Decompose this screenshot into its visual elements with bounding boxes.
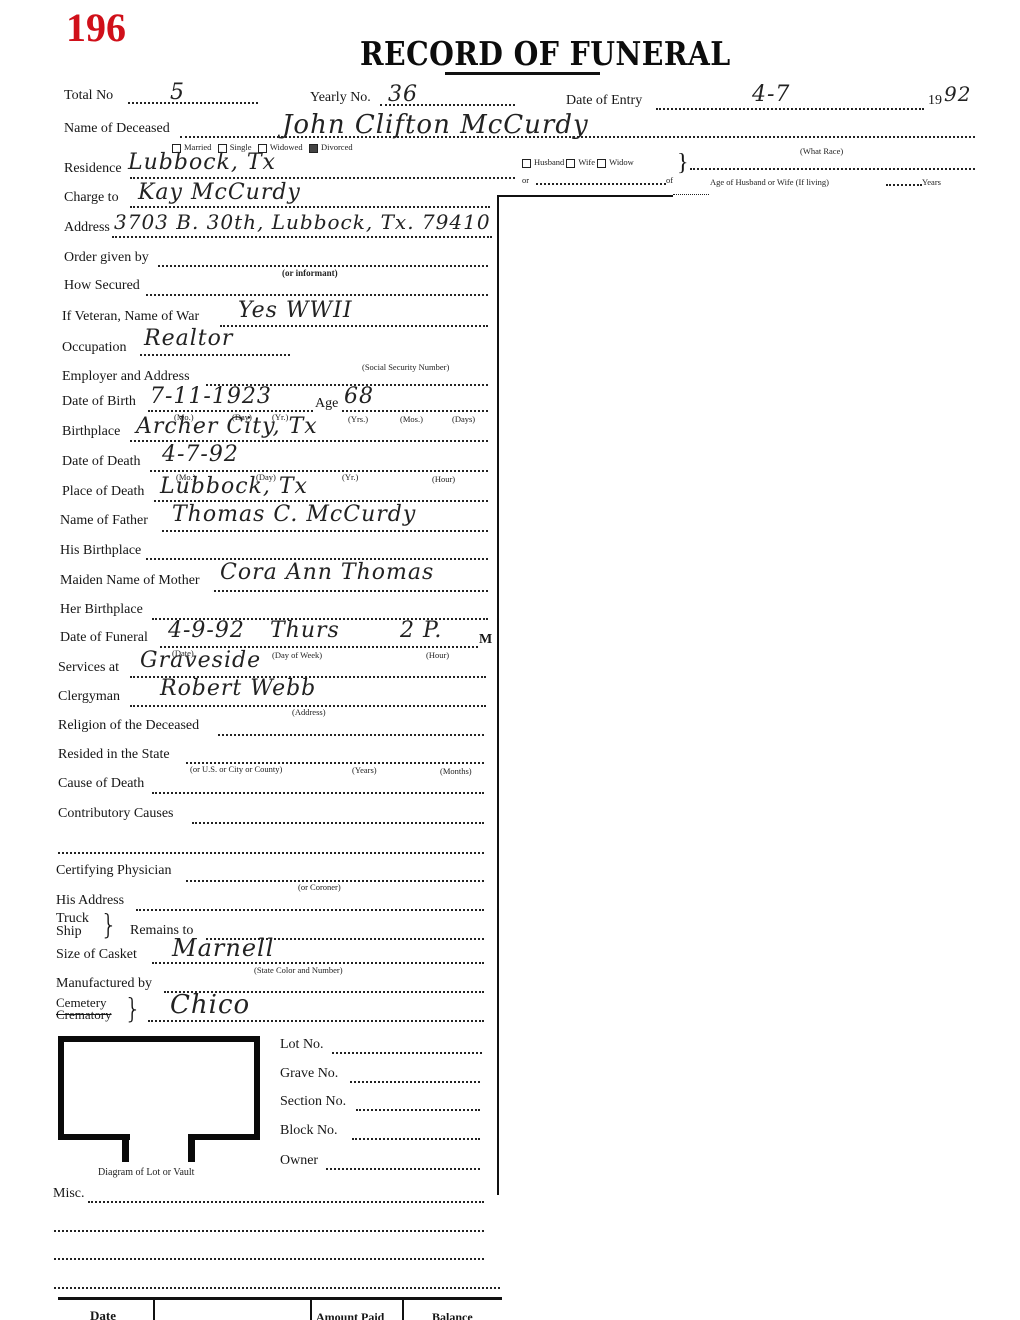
how-secured-label: How Secured: [64, 278, 140, 294]
his-address-label: His Address: [56, 893, 124, 909]
account-box-top-dash: [673, 194, 709, 195]
diagram-bottom-right-wall: [188, 1134, 260, 1140]
age-sub-months: (Mos.): [400, 414, 423, 424]
misc-label: Misc.: [53, 1186, 85, 1202]
employer-label: Employer and Address: [62, 369, 190, 385]
contributory-causes-label: Contributory Causes: [58, 806, 174, 822]
clergyman-address-note: (Address): [292, 707, 326, 717]
casket-note: (State Color and Number): [254, 965, 343, 975]
resided-sub-place: (or U.S. or City or County): [190, 764, 282, 774]
dod-sub-hour: (Hour): [432, 474, 455, 484]
diagram-left-leg: [122, 1134, 129, 1162]
dod-sub-year: (Yr.): [342, 472, 358, 482]
entry-year-prefix: 19: [928, 93, 942, 109]
services-at-label: Services at: [58, 660, 119, 676]
father-line: [162, 530, 488, 532]
date-of-death-value: 4-7-92: [162, 442, 239, 467]
residence-label: Residence: [64, 161, 122, 177]
cemetery-value: Chico: [170, 990, 250, 1020]
name-of-deceased-value: John Clifton McCurdy: [282, 110, 589, 140]
misc-line-2: [54, 1230, 484, 1232]
total-no-label: Total No: [64, 88, 113, 104]
truck-ship-brace: }: [100, 908, 118, 941]
ssn-note: (Social Security Number): [362, 362, 449, 372]
footer-divider-1: [153, 1299, 155, 1320]
birthplace-label: Birthplace: [62, 424, 120, 440]
page-number: 196: [66, 4, 126, 51]
entry-year-value: 92: [944, 82, 971, 106]
clergyman-value: Robert Webb: [160, 676, 316, 701]
diagram-left-wall: [58, 1036, 64, 1140]
place-of-death-label: Place of Death: [62, 484, 144, 500]
funeral-meridiem-suffix: M: [479, 632, 492, 648]
address-value: 3703 B. 30th, Lubbock, Tx. 79410: [114, 210, 491, 234]
charge-to-label: Charge to: [64, 190, 119, 206]
date-of-entry-label: Date of Entry: [566, 93, 642, 109]
address-line: [112, 236, 492, 238]
footer-amount-paid-header: Amount Paid: [316, 1310, 384, 1320]
funeral-sub-day-of-week: (Day of Week): [272, 650, 322, 660]
funeral-day-value: Thurs: [270, 618, 340, 643]
yearly-no-value: 36: [388, 82, 418, 107]
age-of-spouse-line: [886, 184, 922, 186]
truck-ship-label: Truck Ship: [56, 912, 89, 938]
contributory-causes-line: [192, 822, 484, 824]
resided-label: Resided in the State: [58, 747, 170, 763]
date-of-entry-line: [656, 108, 924, 110]
name-of-deceased-label: Name of Deceased: [64, 121, 170, 137]
religion-line: [218, 734, 484, 736]
date-of-death-label: Date of Death: [62, 454, 141, 470]
race-line: [690, 168, 975, 170]
occupation-label: Occupation: [62, 340, 127, 356]
order-given-by-line: [158, 265, 488, 267]
what-race-label: (What Race): [800, 146, 843, 156]
lot-no-line: [332, 1052, 482, 1054]
page-title: RECORD OF FUNERAL: [360, 34, 731, 73]
spouse-of-line: [536, 183, 666, 185]
section-no-label: Section No.: [280, 1094, 346, 1110]
owner-label: Owner: [280, 1153, 318, 1169]
residence-line: [130, 177, 515, 179]
birthplace-value: Archer City, Tx: [136, 414, 318, 439]
diagram-right-wall: [254, 1036, 260, 1140]
charge-to-value: Kay McCurdy: [138, 180, 301, 205]
cemetery-line: [148, 1020, 484, 1022]
footer-date-header: Date: [90, 1308, 116, 1320]
title-underline: [445, 72, 600, 75]
veteran-value: Yes WWII: [238, 298, 353, 323]
total-no-value: 5: [170, 80, 185, 105]
years-label: Years: [922, 177, 941, 187]
block-no-line: [352, 1138, 480, 1140]
misc-line-4: [54, 1287, 500, 1289]
diagram-caption: Diagram of Lot or Vault: [98, 1167, 194, 1178]
address-label: Address: [64, 220, 110, 236]
funeral-date-value: 4-9-92: [168, 618, 245, 643]
services-at-value: Graveside: [140, 648, 261, 673]
veteran-line: [220, 325, 488, 327]
age-label: Age: [315, 396, 338, 412]
mother-value: Cora Ann Thomas: [220, 560, 434, 585]
age-value: 68: [344, 384, 374, 409]
misc-line-3: [54, 1258, 484, 1260]
veteran-label: If Veteran, Name of War: [62, 309, 199, 325]
coroner-note: (or Coroner): [298, 882, 341, 892]
date-of-birth-label: Date of Birth: [62, 394, 136, 410]
order-given-by-label: Order given by: [64, 250, 149, 266]
spouse-or-label: or: [522, 175, 529, 185]
age-line: [342, 410, 488, 412]
cemetery-crematory-label: Cemetery Crematory: [56, 997, 112, 1021]
how-secured-line: [146, 294, 488, 296]
yearly-no-label: Yearly No.: [310, 90, 371, 106]
section-no-line: [356, 1109, 480, 1111]
cause-of-death-line: [152, 792, 484, 794]
place-of-death-value: Lubbock, Tx: [160, 474, 308, 499]
funeral-sub-hour: (Hour): [426, 650, 449, 660]
mother-line: [214, 590, 488, 592]
lot-no-label: Lot No.: [280, 1037, 324, 1053]
manufactured-by-label: Manufactured by: [56, 976, 152, 992]
cause-of-death-label: Cause of Death: [58, 776, 144, 792]
occupation-line: [140, 354, 290, 356]
spouse-of-label: of: [666, 175, 673, 185]
footer-balance-header: Balance: [432, 1310, 473, 1320]
age-of-spouse-label: Age of Husband or Wife (If living): [710, 177, 829, 187]
certifying-physician-label: Certifying Physician: [56, 863, 172, 879]
checkbox-wife[interactable]: [566, 159, 575, 168]
occupation-value: Realtor: [144, 326, 233, 351]
footer-divider-2: [310, 1299, 312, 1320]
account-box-left-border: [497, 195, 499, 1195]
spouse-brace: }: [677, 150, 689, 177]
block-no-label: Block No.: [280, 1123, 338, 1139]
casket-label: Size of Casket: [56, 947, 137, 963]
owner-line: [326, 1168, 480, 1170]
informant-note: (or informant): [282, 268, 338, 278]
date-of-birth-value: 7-11-1923: [150, 384, 272, 409]
her-birthplace-label: Her Birthplace: [60, 602, 143, 618]
resided-sub-years: (Years): [352, 765, 377, 775]
contributory-causes-line-2: [58, 852, 484, 854]
account-box-top-border: [498, 195, 673, 197]
checkbox-husband[interactable]: [522, 159, 531, 168]
religion-label: Religion of the Deceased: [58, 718, 199, 734]
marital-divorced[interactable]: Divorced: [309, 142, 353, 152]
father-value: Thomas C. McCurdy: [172, 502, 416, 527]
diagram-right-leg: [188, 1134, 195, 1162]
checkbox-divorced-checked[interactable]: [309, 144, 318, 153]
funeral-hour-value: 2 P.: [400, 618, 442, 643]
mother-label: Maiden Name of Mother: [60, 573, 200, 589]
footer-top-rule: [58, 1297, 502, 1300]
casket-line: [152, 962, 484, 964]
clergyman-label: Clergyman: [58, 689, 120, 705]
date-of-entry-value: 4-7: [752, 82, 790, 107]
diagram-top-wall: [58, 1036, 258, 1042]
cemetery-brace: }: [124, 992, 142, 1025]
age-sub-days: (Days): [452, 414, 475, 424]
grave-no-line: [350, 1081, 480, 1083]
resided-sub-months: (Months): [440, 766, 472, 776]
grave-no-label: Grave No.: [280, 1066, 338, 1082]
residence-value: Lubbock, Tx: [128, 150, 276, 175]
misc-line-1: [88, 1201, 484, 1203]
casket-value: Marnell: [172, 934, 274, 962]
charge-to-line: [130, 206, 490, 208]
spouse-options: Husband Wife Widow: [522, 157, 634, 168]
age-sub-years: (Yrs.): [348, 414, 368, 424]
footer-divider-3: [402, 1299, 404, 1320]
diagram-bottom-left-wall: [58, 1134, 130, 1140]
his-address-line: [136, 909, 484, 911]
checkbox-widow[interactable]: [597, 159, 606, 168]
total-no-line: [128, 102, 258, 104]
his-birthplace-label: His Birthplace: [60, 543, 141, 559]
father-label: Name of Father: [60, 513, 148, 529]
date-of-death-line: [150, 470, 488, 472]
date-of-funeral-label: Date of Funeral: [60, 630, 148, 646]
